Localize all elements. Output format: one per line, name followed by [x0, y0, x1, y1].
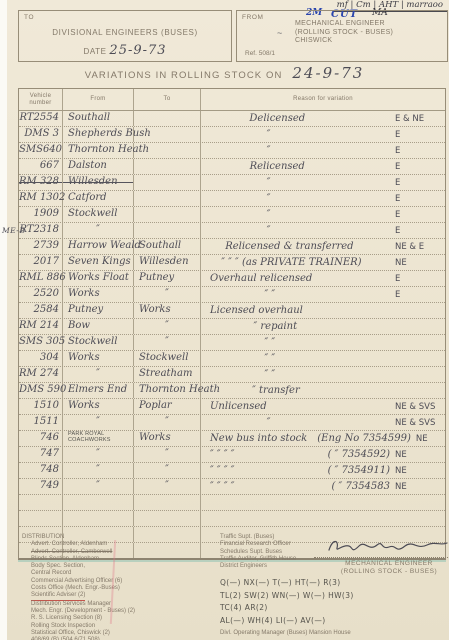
vehicle-number-cell: RT2554	[19, 111, 63, 126]
scanned-form-page: mf | Cm | AHT | marraoo 2M CUT MA TO DIV…	[0, 0, 449, 640]
from-cell: Thornton Heath	[63, 143, 134, 158]
garage-code-line: AL(—) WH(4) LI(—) AV(—)	[220, 615, 378, 628]
distribution-item: Commercial Advertising Officer (6)	[22, 578, 212, 585]
reason-cell: ″ ″ ″ ″ ( ″ 7354583 NE	[201, 479, 445, 494]
signature-role-line: MECHANICAL ENGINEER	[314, 560, 449, 568]
reason-cell	[201, 495, 445, 510]
operating-manager-line: Divl. Operating Manager (Buses) Mansion …	[220, 630, 378, 637]
reason-cell: ″ ″	[201, 351, 445, 366]
vehicle-number-cell: 2520	[19, 287, 63, 302]
vehicle-number-cell: RM 1302	[19, 191, 63, 206]
vehicle-number-cell	[19, 495, 63, 510]
vehicle-number: 1510	[34, 400, 59, 411]
reason-cell: ″ ″	[201, 367, 445, 382]
reason-text: Relicensed & transferred	[225, 240, 353, 254]
distribution-item: R. S. Licensing Section (8)	[22, 615, 212, 622]
from-cell: Shepherds Bush	[63, 127, 134, 142]
column-header-reason: Reason for variation	[201, 89, 445, 110]
vehicle-number-cell: DMS 590	[19, 383, 63, 398]
distribution-item-text: Costs Office (Mech. Engr.-Buses)	[31, 585, 120, 591]
garage-code-line: Q(—) NX(—) T(—) HT(—) R(3)	[220, 577, 378, 590]
district-code: E	[395, 192, 443, 206]
district-code: E	[395, 288, 443, 302]
reason-cell: ″ ″ ″ ″ ( ″ 7354592) NE	[201, 447, 445, 462]
distribution-item: Blinds Section, Aldenham	[22, 556, 212, 563]
garage-code-lines: Q(—) NX(—) T(—) HT(—) R(3)TL(2) SW(2) WN…	[220, 577, 378, 627]
from-cell: ″	[63, 463, 134, 478]
table-row	[19, 511, 445, 527]
reason-text: ″ ″	[264, 288, 275, 302]
distribution-item-text: R. S. Licensing Section (8)	[31, 615, 102, 621]
distribution-item-text: Statistical Office, Chiswick (2)	[31, 630, 110, 636]
reason-cell: ″ NE & SVS	[201, 415, 445, 430]
distribution-item: Rolling Stock Inspection	[22, 623, 212, 630]
reason-text: ″ ″ ″ ″	[210, 464, 234, 478]
district-code: NE & SVS	[395, 400, 443, 414]
from-cell: Willesden	[63, 175, 134, 190]
distribution-item-text: Advert. Controller, Camberwell	[31, 549, 112, 555]
distribution-item-text: Rolling Stock Inspection	[31, 623, 95, 629]
reason-text: ″ ″ ″ ″	[210, 448, 234, 462]
reason-text: ″ ″ ″ (as PRIVATE TRAINER)	[221, 256, 361, 270]
table-row: 749 ″ ″ ″ ″ ″ ″ ( ″ 7354583 NE	[19, 479, 445, 495]
distribution-item: Mech. Engr. (Development - Buses) (2)	[22, 608, 212, 615]
margin-note: ME-B	[2, 224, 25, 238]
date-line: DATE 25-9-73	[19, 43, 231, 58]
table-row: DMS 590 Elmers End Thornton Heath ″ tran…	[19, 383, 445, 399]
engine-number: ( ″ 7354583	[331, 480, 395, 494]
distribution-item: Central Record	[22, 570, 212, 577]
reason-cell: ″ E	[201, 191, 445, 206]
distribution-item-text: Distribution Services Manager	[31, 601, 111, 607]
vehicle-number: 2520	[34, 288, 59, 299]
from-cell: ″	[63, 447, 134, 462]
to-cell: ″	[134, 287, 201, 302]
reason-text: Relicensed	[250, 160, 305, 174]
from-cell: Works Float	[63, 271, 134, 286]
to-cell: ″	[134, 319, 201, 334]
table-row: 746 PARK ROYAL COACHWORKS Works New bus …	[19, 431, 445, 447]
reason-cell: ″ ″ E	[201, 287, 445, 302]
from-cell: Elmers End	[63, 383, 134, 398]
vehicle-number-cell: 1510	[19, 399, 63, 414]
from-cell: Harrow Weald	[63, 239, 134, 254]
reason-cell: ″ E	[201, 127, 445, 142]
reason-cell: ″ ″	[201, 335, 445, 350]
from-cell: Bow	[63, 319, 134, 334]
distribution-item: Scientific Adviser (2)	[22, 592, 212, 600]
to-cell: Southall	[134, 239, 201, 254]
table-row	[19, 495, 445, 511]
form-title-row: VARIATIONS IN ROLLING STOCK ON 24-9-73	[0, 64, 449, 82]
table-row: 2584 Putney Works Licensed overhaul	[19, 303, 445, 319]
from-cell: ″	[63, 367, 134, 382]
vehicle-number: SMS640	[19, 144, 62, 155]
table-row: RML 886 Works Float Putney Overhaul reli…	[19, 271, 445, 287]
reason-text: ″	[267, 176, 271, 190]
distribution-item: Distribution Services Manager	[22, 601, 212, 608]
district-code: NE	[395, 448, 443, 462]
vehicle-number: 304	[40, 352, 59, 363]
district-code: NE	[395, 256, 443, 270]
from-line: CHISWICK	[295, 37, 393, 46]
reason-cell: Relicensed & transferred NE & E	[201, 239, 445, 254]
to-label: TO	[24, 14, 34, 21]
reason-cell: ″ E	[201, 175, 445, 190]
variations-table: Vehicle number From To Reason for variat…	[18, 88, 446, 560]
distribution-item-text: Blinds Section, Aldenham	[31, 556, 99, 562]
reason-text: ″ ″	[264, 336, 275, 350]
to-cell: Thornton Heath	[134, 383, 201, 398]
signature-block: MECHANICAL ENGINEER (ROLLING STOCK - BUS…	[314, 534, 449, 576]
to-cell: Willesden	[134, 255, 201, 270]
to-cell	[134, 175, 201, 190]
from-address: MECHANICAL ENGINEER (ROLLING STOCK - BUS…	[295, 20, 393, 46]
reason-cell: ″ E	[201, 207, 445, 222]
to-cell	[134, 159, 201, 174]
to-cell: Putney	[134, 271, 201, 286]
district-code: E & NE	[395, 112, 443, 126]
form-title: VARIATIONS IN ROLLING STOCK ON	[85, 70, 283, 81]
to-cell: ″	[134, 415, 201, 430]
vehicle-number-cell: 749	[19, 479, 63, 494]
reason-text: ″	[267, 144, 271, 158]
vehicle-number: 1511	[34, 416, 59, 427]
table-row: DMS 3 Shepherds Bush ″ E	[19, 127, 445, 143]
reason-text: ″ repaint	[253, 320, 297, 334]
table-row: SMS 305 Stockwell ″ ″ ″	[19, 335, 445, 351]
distribution-items: Advert. Controller, Aldenham Advert. Con…	[22, 541, 212, 640]
vehicle-number-cell: 746	[19, 431, 63, 446]
engine-number: ( ″ 7354911)	[328, 464, 395, 478]
vehicle-number: 2739	[34, 240, 59, 251]
vehicle-number-cell: ME-BRT2318	[19, 223, 63, 238]
vehicle-number: DMS 3	[24, 128, 59, 139]
vehicle-number: 748	[40, 464, 59, 475]
table-row: SMS640 Thornton Heath ″ E	[19, 143, 445, 159]
distribution-item-text: Scientific Adviser (2)	[31, 592, 85, 600]
from-line: MECHANICAL ENGINEER	[295, 20, 393, 29]
vehicle-number-cell: 304	[19, 351, 63, 366]
from-line: (ROLLING STOCK - BUSES)	[295, 29, 393, 38]
ref-number: Ref. 508/1	[245, 50, 275, 57]
to-cell	[134, 223, 201, 238]
vehicle-number-cell: 667	[19, 159, 63, 174]
to-cell	[134, 511, 201, 526]
to-cell	[134, 207, 201, 222]
reason-text: ″ ″	[264, 352, 275, 366]
table-row: 748 ″ ″ ″ ″ ″ ″ ( ″ 7354911) NE	[19, 463, 445, 479]
distribution-item-text: Commercial Advertising Officer (6)	[31, 578, 122, 584]
vehicle-number: RM 274	[19, 368, 59, 379]
distribution-heading: DISTRIBUTION	[22, 534, 212, 541]
reason-text: ″ ″	[264, 368, 275, 382]
distribution-item-text: Central Record	[31, 570, 71, 576]
from-cell	[63, 511, 134, 526]
district-code: E	[395, 128, 443, 142]
vehicle-number: RM 328	[19, 176, 59, 187]
column-header-to: To	[134, 89, 201, 110]
reason-text: ″	[267, 128, 271, 142]
to-cell: ″	[134, 463, 201, 478]
district-code: E	[395, 160, 443, 174]
from-cell: PARK ROYAL COACHWORKS	[63, 431, 134, 446]
vehicle-number-cell	[19, 511, 63, 526]
reason-text: ″ transfer	[252, 384, 300, 398]
reason-cell: Licensed overhaul	[201, 303, 445, 318]
table-row: 2739 Harrow Weald Southall Relicensed & …	[19, 239, 445, 255]
engine-number: (Eng No 7354599)	[317, 432, 416, 446]
from-cell: Stockwell	[63, 335, 134, 350]
from-cell: ″	[63, 415, 134, 430]
reason-cell: Unlicensed NE & SVS	[201, 399, 445, 414]
distribution-item-text: Body Spec. Section,	[31, 563, 85, 569]
reason-text: ″	[267, 416, 271, 430]
vehicle-number: RT2554	[20, 112, 59, 123]
district-code: E	[395, 224, 443, 238]
reason-cell: ″ E	[201, 223, 445, 238]
signature-role-line: (ROLLING STOCK - BUSES)	[314, 568, 449, 576]
vehicle-number: 749	[40, 480, 59, 491]
vehicle-number: DMS 590	[19, 384, 66, 395]
reason-cell: ″ repaint	[201, 319, 445, 334]
table-header-row: Vehicle number From To Reason for variat…	[19, 89, 445, 111]
vehicle-number-cell: 2739	[19, 239, 63, 254]
to-cell	[134, 191, 201, 206]
vehicle-number-cell: 2017	[19, 255, 63, 270]
reason-text: ″	[267, 192, 271, 206]
vehicle-number: RML 886	[19, 272, 66, 283]
distribution-item-text: Mech. Engr. (Development - Buses) (2)	[31, 608, 135, 614]
table-row: 747 ″ ″ ″ ″ ″ ″ ( ″ 7354592) NE	[19, 447, 445, 463]
reason-cell: ″ ″ ″ ″ ( ″ 7354911) NE	[201, 463, 445, 478]
vehicle-number-cell: 1511	[19, 415, 63, 430]
signature-role: MECHANICAL ENGINEER (ROLLING STOCK - BUS…	[314, 560, 449, 576]
form-title-date: 24-9-73	[292, 64, 364, 82]
from-cell: Works	[63, 351, 134, 366]
vehicle-number: RM 214	[19, 320, 59, 331]
table-row: RM 214 Bow ″ ″ repaint	[19, 319, 445, 335]
reason-cell: Delicensed E & NE	[201, 111, 445, 126]
table-row: RM 328 Willesden ″ E	[19, 175, 445, 191]
vehicle-number: 2584	[34, 304, 59, 315]
from-cell: Works	[63, 399, 134, 414]
reason-cell: Relicensed E	[201, 159, 445, 174]
reason-text: Unlicensed	[210, 400, 267, 414]
table-row: 2520 Works ″ ″ ″ E	[19, 287, 445, 303]
district-code: NE & SVS	[395, 416, 443, 430]
to-address-box: TO DIVISIONAL ENGINEERS (BUSES) DATE 25-…	[18, 10, 232, 62]
to-cell: Works	[134, 303, 201, 318]
to-recipient: DIVISIONAL ENGINEERS (BUSES)	[19, 28, 231, 37]
reason-text: Licensed overhaul	[210, 304, 303, 318]
reason-text: Delicensed	[249, 112, 305, 126]
reason-cell: ″ E	[201, 143, 445, 158]
vehicle-number-cell: DMS 3	[19, 127, 63, 142]
district-code: NE	[395, 480, 443, 494]
district-code: E	[395, 272, 443, 286]
to-cell: Works	[134, 431, 201, 446]
district-code: NE	[416, 432, 449, 446]
from-cell: Seven Kings	[63, 255, 134, 270]
district-code: E	[395, 208, 443, 222]
reason-text: New bus into stock	[210, 432, 307, 446]
table-row: 667 Dalston Relicensed E	[19, 159, 445, 175]
reason-cell: ″ ″ ″ (as PRIVATE TRAINER) NE	[201, 255, 445, 270]
vehicle-number: 747	[40, 448, 59, 459]
district-code: E	[395, 144, 443, 158]
to-cell: Poplar	[134, 399, 201, 414]
vehicle-number: SMS 305	[19, 336, 65, 347]
vehicle-number-cell: RM 274	[19, 367, 63, 382]
from-cell: ″	[63, 223, 134, 238]
signature	[323, 534, 449, 558]
table-row: 1510 Works Poplar Unlicensed NE & SVS	[19, 399, 445, 415]
garage-code-line: TC(4) AR(2)	[220, 602, 378, 615]
to-cell	[134, 495, 201, 510]
to-cell: ″	[134, 447, 201, 462]
from-cell: Dalston	[63, 159, 134, 174]
from-cell	[63, 495, 134, 510]
from-address-box: FROM ~ MECHANICAL ENGINEER (ROLLING STOC…	[236, 10, 448, 62]
to-cell: ″	[134, 479, 201, 494]
vehicle-number-cell: RML 886	[19, 271, 63, 286]
date-value: 25-9-73	[109, 43, 166, 58]
date-label: DATE	[83, 47, 106, 56]
reason-cell: Overhaul relicensed E	[201, 271, 445, 286]
vehicle-number-cell: 2584	[19, 303, 63, 318]
vehicle-number-cell: RM 214	[19, 319, 63, 334]
from-cell: Works	[63, 287, 134, 302]
vehicle-number: 1909	[34, 208, 59, 219]
distribution-item-text: Advert. Controller, Aldenham	[31, 541, 107, 547]
pencil-tick: ~	[277, 28, 282, 38]
table-row: RM 274 ″ Streatham ″ ″	[19, 367, 445, 383]
to-cell: Stockwell	[134, 351, 201, 366]
from-cell: Putney	[63, 303, 134, 318]
reason-text: ″	[267, 208, 271, 222]
reason-text: ″ ″ ″ ″	[210, 480, 234, 494]
table-row: 2017 Seven Kings Willesden ″ ″ ″ (as PRI…	[19, 255, 445, 271]
from-cell: ″	[63, 479, 134, 494]
engine-number: ( ″ 7354592)	[328, 448, 395, 462]
vehicle-number-cell: SMS640	[19, 143, 63, 158]
reason-cell: ″ transfer	[201, 383, 445, 398]
distribution-item: Costs Office (Mech. Engr.-Buses)	[22, 585, 212, 592]
vehicle-number-cell: 748	[19, 463, 63, 478]
from-cell: Catford	[63, 191, 134, 206]
vehicle-number: 2017	[34, 256, 59, 267]
vehicle-number-cell: 1909	[19, 207, 63, 222]
vehicle-number: RM 1302	[19, 192, 65, 203]
column-header-vehicle: Vehicle number	[19, 89, 63, 110]
vehicle-number: 667	[40, 160, 59, 171]
distribution-item: Statistical Office, Chiswick (2)	[22, 630, 212, 637]
reason-cell	[201, 511, 445, 526]
scan-edge	[0, 0, 7, 640]
vehicle-number: RT2318	[20, 224, 59, 235]
district-code: E	[395, 176, 443, 190]
reason-text: Overhaul relicensed	[210, 272, 312, 286]
table-row: RM 1302 Catford ″ E	[19, 191, 445, 207]
vehicle-number-cell: SMS 305	[19, 335, 63, 350]
from-cell: Southall	[63, 111, 134, 126]
table-row: ME-BRT2318 ″ ″ E	[19, 223, 445, 239]
district-code: NE & E	[395, 240, 443, 254]
distribution-item: Advert. Controller, Camberwell	[22, 549, 212, 556]
table-row: RT2554 Southall Delicensed E & NE	[19, 111, 445, 127]
table-row: 304 Works Stockwell ″ ″	[19, 351, 445, 367]
district-code: NE	[395, 464, 443, 478]
vehicle-number-cell: RM 328	[19, 175, 63, 190]
vehicle-number: 746	[40, 432, 59, 443]
to-cell	[134, 111, 201, 126]
vehicle-number-cell: 747	[19, 447, 63, 462]
table-row: 1909 Stockwell ″ E	[19, 207, 445, 223]
distribution-item: Advert. Controller, Aldenham	[22, 541, 212, 548]
garage-code-line: TL(2) SW(2) WN(—) W(—) HW(3)	[220, 590, 378, 603]
to-cell: ″	[134, 335, 201, 350]
reason-cell: New bus into stock (Eng No 7354599) NE	[201, 431, 449, 446]
from-cell: Stockwell	[63, 207, 134, 222]
to-cell: Streatham	[134, 367, 201, 382]
table-body: RT2554 Southall Delicensed E & NE DMS 3	[19, 111, 445, 558]
from-label: FROM	[242, 14, 264, 21]
to-cell	[134, 127, 201, 142]
column-header-from: From	[63, 89, 134, 110]
reason-text: ″	[267, 224, 271, 238]
distribution-list: DISTRIBUTION Advert. Controller, Aldenha…	[22, 534, 212, 640]
distribution-item: Body Spec. Section,	[22, 563, 212, 570]
table-row: 1511 ″ ″ ″ NE & SVS	[19, 415, 445, 431]
to-cell	[134, 143, 201, 158]
